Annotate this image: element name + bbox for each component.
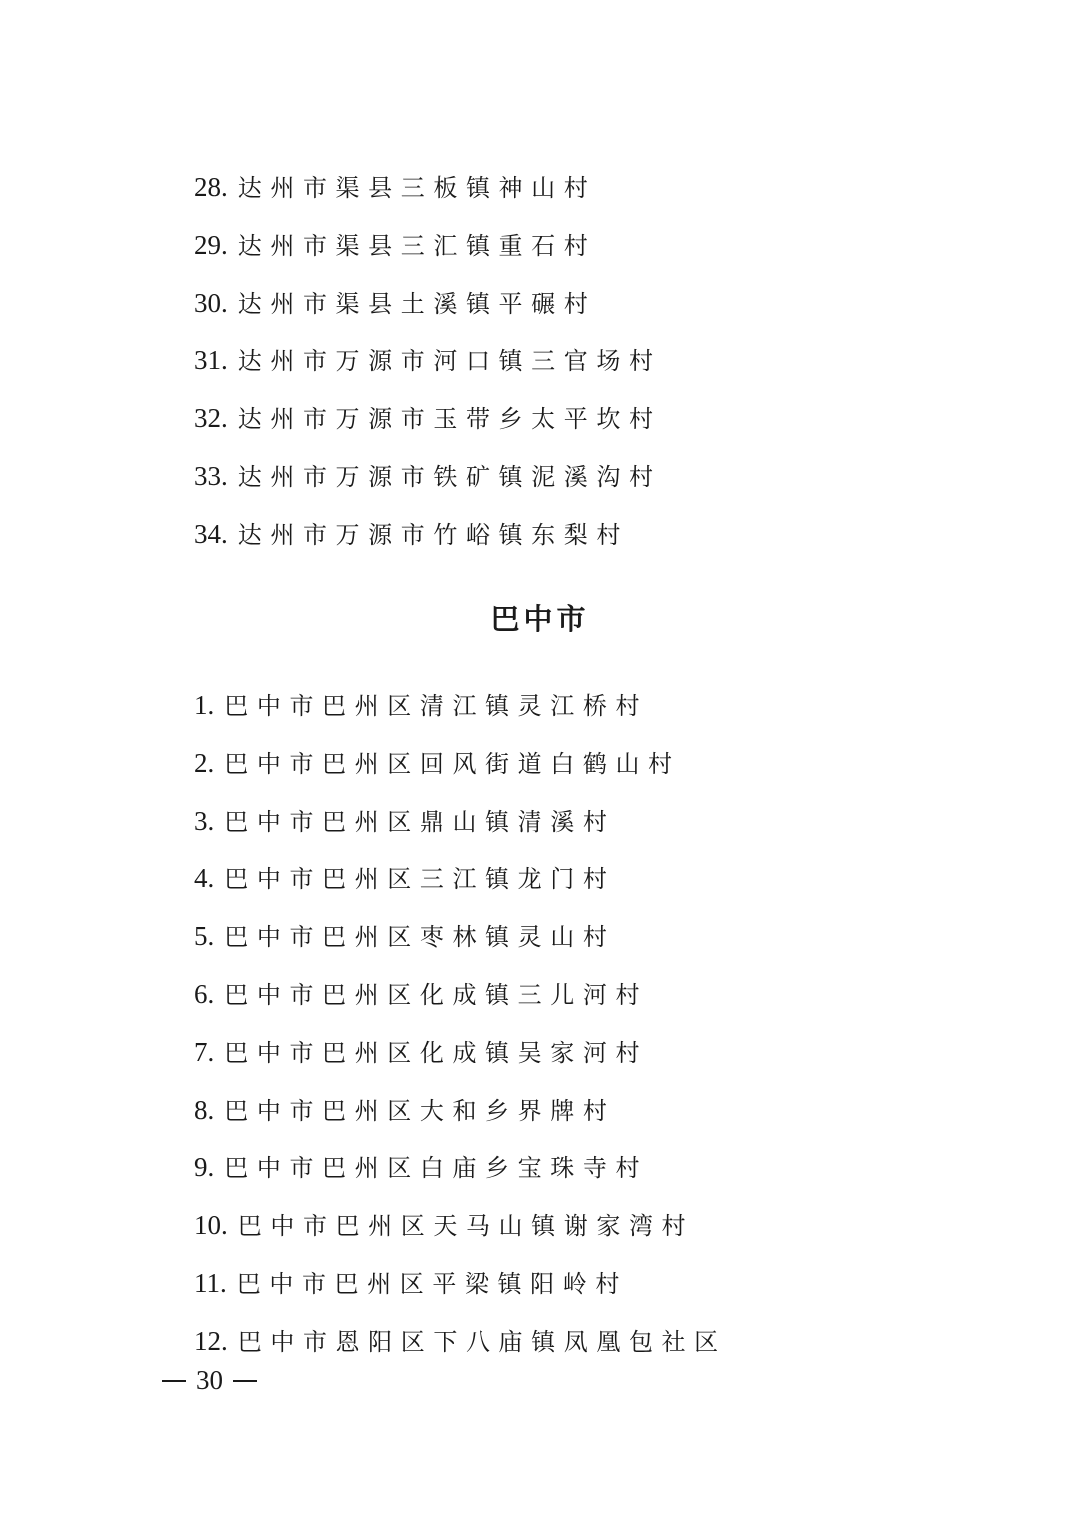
item-number: 4. bbox=[194, 857, 214, 899]
item-number: 12. bbox=[194, 1320, 228, 1362]
list-item: 30.达州市渠县土溪镇平碾村 bbox=[194, 282, 662, 340]
list-item: 9.巴中市巴州区白庙乡宝珠寺村 bbox=[194, 1146, 727, 1204]
list-item: 10.巴中市巴州区天马山镇谢家湾村 bbox=[194, 1204, 727, 1262]
village-list-dazhou: 28.达州市渠县三板镇神山村 29.达州市渠县三汇镇重石村 30.达州市渠县土溪… bbox=[194, 166, 662, 571]
item-text: 巴中市巴州区大和乡界牌村 bbox=[224, 1097, 615, 1125]
list-item: 4.巴中市巴州区三江镇龙门村 bbox=[194, 857, 727, 915]
list-item: 8.巴中市巴州区大和乡界牌村 bbox=[194, 1089, 727, 1147]
page-number-value: 30 bbox=[196, 1365, 223, 1395]
item-text: 达州市万源市竹峪镇东梨村 bbox=[238, 521, 629, 549]
item-number: 6. bbox=[194, 973, 214, 1015]
dash-right bbox=[233, 1380, 257, 1382]
item-number: 3. bbox=[194, 800, 214, 842]
list-item: 12.巴中市恩阳区下八庙镇凤凰包社区 bbox=[194, 1320, 727, 1378]
item-number: 10. bbox=[194, 1204, 228, 1246]
item-text: 巴中市巴州区清江镇灵江桥村 bbox=[224, 692, 648, 720]
item-number: 11. bbox=[194, 1262, 227, 1304]
list-item: 34.达州市万源市竹峪镇东梨村 bbox=[194, 513, 662, 571]
item-text: 达州市渠县土溪镇平碾村 bbox=[238, 290, 597, 318]
item-number: 28. bbox=[194, 166, 228, 208]
item-text: 巴中市恩阳区下八庙镇凤凰包社区 bbox=[238, 1328, 727, 1356]
item-number: 5. bbox=[194, 915, 214, 957]
page-number: 30 bbox=[152, 1360, 267, 1400]
item-text: 巴中市巴州区平梁镇阳岭村 bbox=[237, 1270, 628, 1298]
item-text: 达州市渠县三汇镇重石村 bbox=[238, 232, 597, 260]
list-item: 33.达州市万源市铁矿镇泥溪沟村 bbox=[194, 455, 662, 513]
village-list-bazhong: 1.巴中市巴州区清江镇灵江桥村 2.巴中市巴州区回风街道白鹤山村 3.巴中市巴州… bbox=[194, 684, 727, 1378]
item-text: 巴中市巴州区天马山镇谢家湾村 bbox=[238, 1212, 694, 1240]
item-number: 9. bbox=[194, 1146, 214, 1188]
list-item: 1.巴中市巴州区清江镇灵江桥村 bbox=[194, 684, 727, 742]
item-number: 1. bbox=[194, 684, 214, 726]
item-text: 巴中市巴州区白庙乡宝珠寺村 bbox=[224, 1154, 648, 1182]
list-item: 5.巴中市巴州区枣林镇灵山村 bbox=[194, 915, 727, 973]
list-item: 2.巴中市巴州区回风街道白鹤山村 bbox=[194, 742, 727, 800]
item-text: 巴中市巴州区鼎山镇清溪村 bbox=[224, 808, 615, 836]
list-item: 7.巴中市巴州区化成镇吴家河村 bbox=[194, 1031, 727, 1089]
item-number: 8. bbox=[194, 1089, 214, 1131]
item-text: 巴中市巴州区枣林镇灵山村 bbox=[224, 923, 615, 951]
item-text: 达州市万源市河口镇三官场村 bbox=[238, 347, 662, 375]
list-item: 3.巴中市巴州区鼎山镇清溪村 bbox=[194, 800, 727, 858]
item-text: 巴中市巴州区化成镇三儿河村 bbox=[224, 981, 648, 1009]
list-item: 29.达州市渠县三汇镇重石村 bbox=[194, 224, 662, 282]
item-text: 巴中市巴州区三江镇龙门村 bbox=[224, 865, 615, 893]
list-item: 11.巴中市巴州区平梁镇阳岭村 bbox=[194, 1262, 727, 1320]
item-number: 32. bbox=[194, 397, 228, 439]
item-text: 巴中市巴州区化成镇吴家河村 bbox=[224, 1039, 648, 1067]
item-number: 33. bbox=[194, 455, 228, 497]
item-number: 30. bbox=[194, 282, 228, 324]
item-text: 达州市万源市玉带乡太平坎村 bbox=[238, 405, 662, 433]
item-number: 7. bbox=[194, 1031, 214, 1073]
item-text: 达州市渠县三板镇神山村 bbox=[238, 174, 597, 202]
item-text: 巴中市巴州区回风街道白鹤山村 bbox=[224, 750, 680, 778]
item-number: 31. bbox=[194, 339, 228, 381]
item-number: 2. bbox=[194, 742, 214, 784]
item-text: 达州市万源市铁矿镇泥溪沟村 bbox=[238, 463, 662, 491]
list-item: 32.达州市万源市玉带乡太平坎村 bbox=[194, 397, 662, 455]
dash-left bbox=[162, 1380, 186, 1382]
item-number: 29. bbox=[194, 224, 228, 266]
list-item: 28.达州市渠县三板镇神山村 bbox=[194, 166, 662, 224]
list-item: 31.达州市万源市河口镇三官场村 bbox=[194, 339, 662, 397]
document-page: 28.达州市渠县三板镇神山村 29.达州市渠县三汇镇重石村 30.达州市渠县土溪… bbox=[0, 0, 1080, 1527]
list-item: 6.巴中市巴州区化成镇三儿河村 bbox=[194, 973, 727, 1031]
item-number: 34. bbox=[194, 513, 228, 555]
section-title: 巴中市 bbox=[0, 598, 1080, 640]
